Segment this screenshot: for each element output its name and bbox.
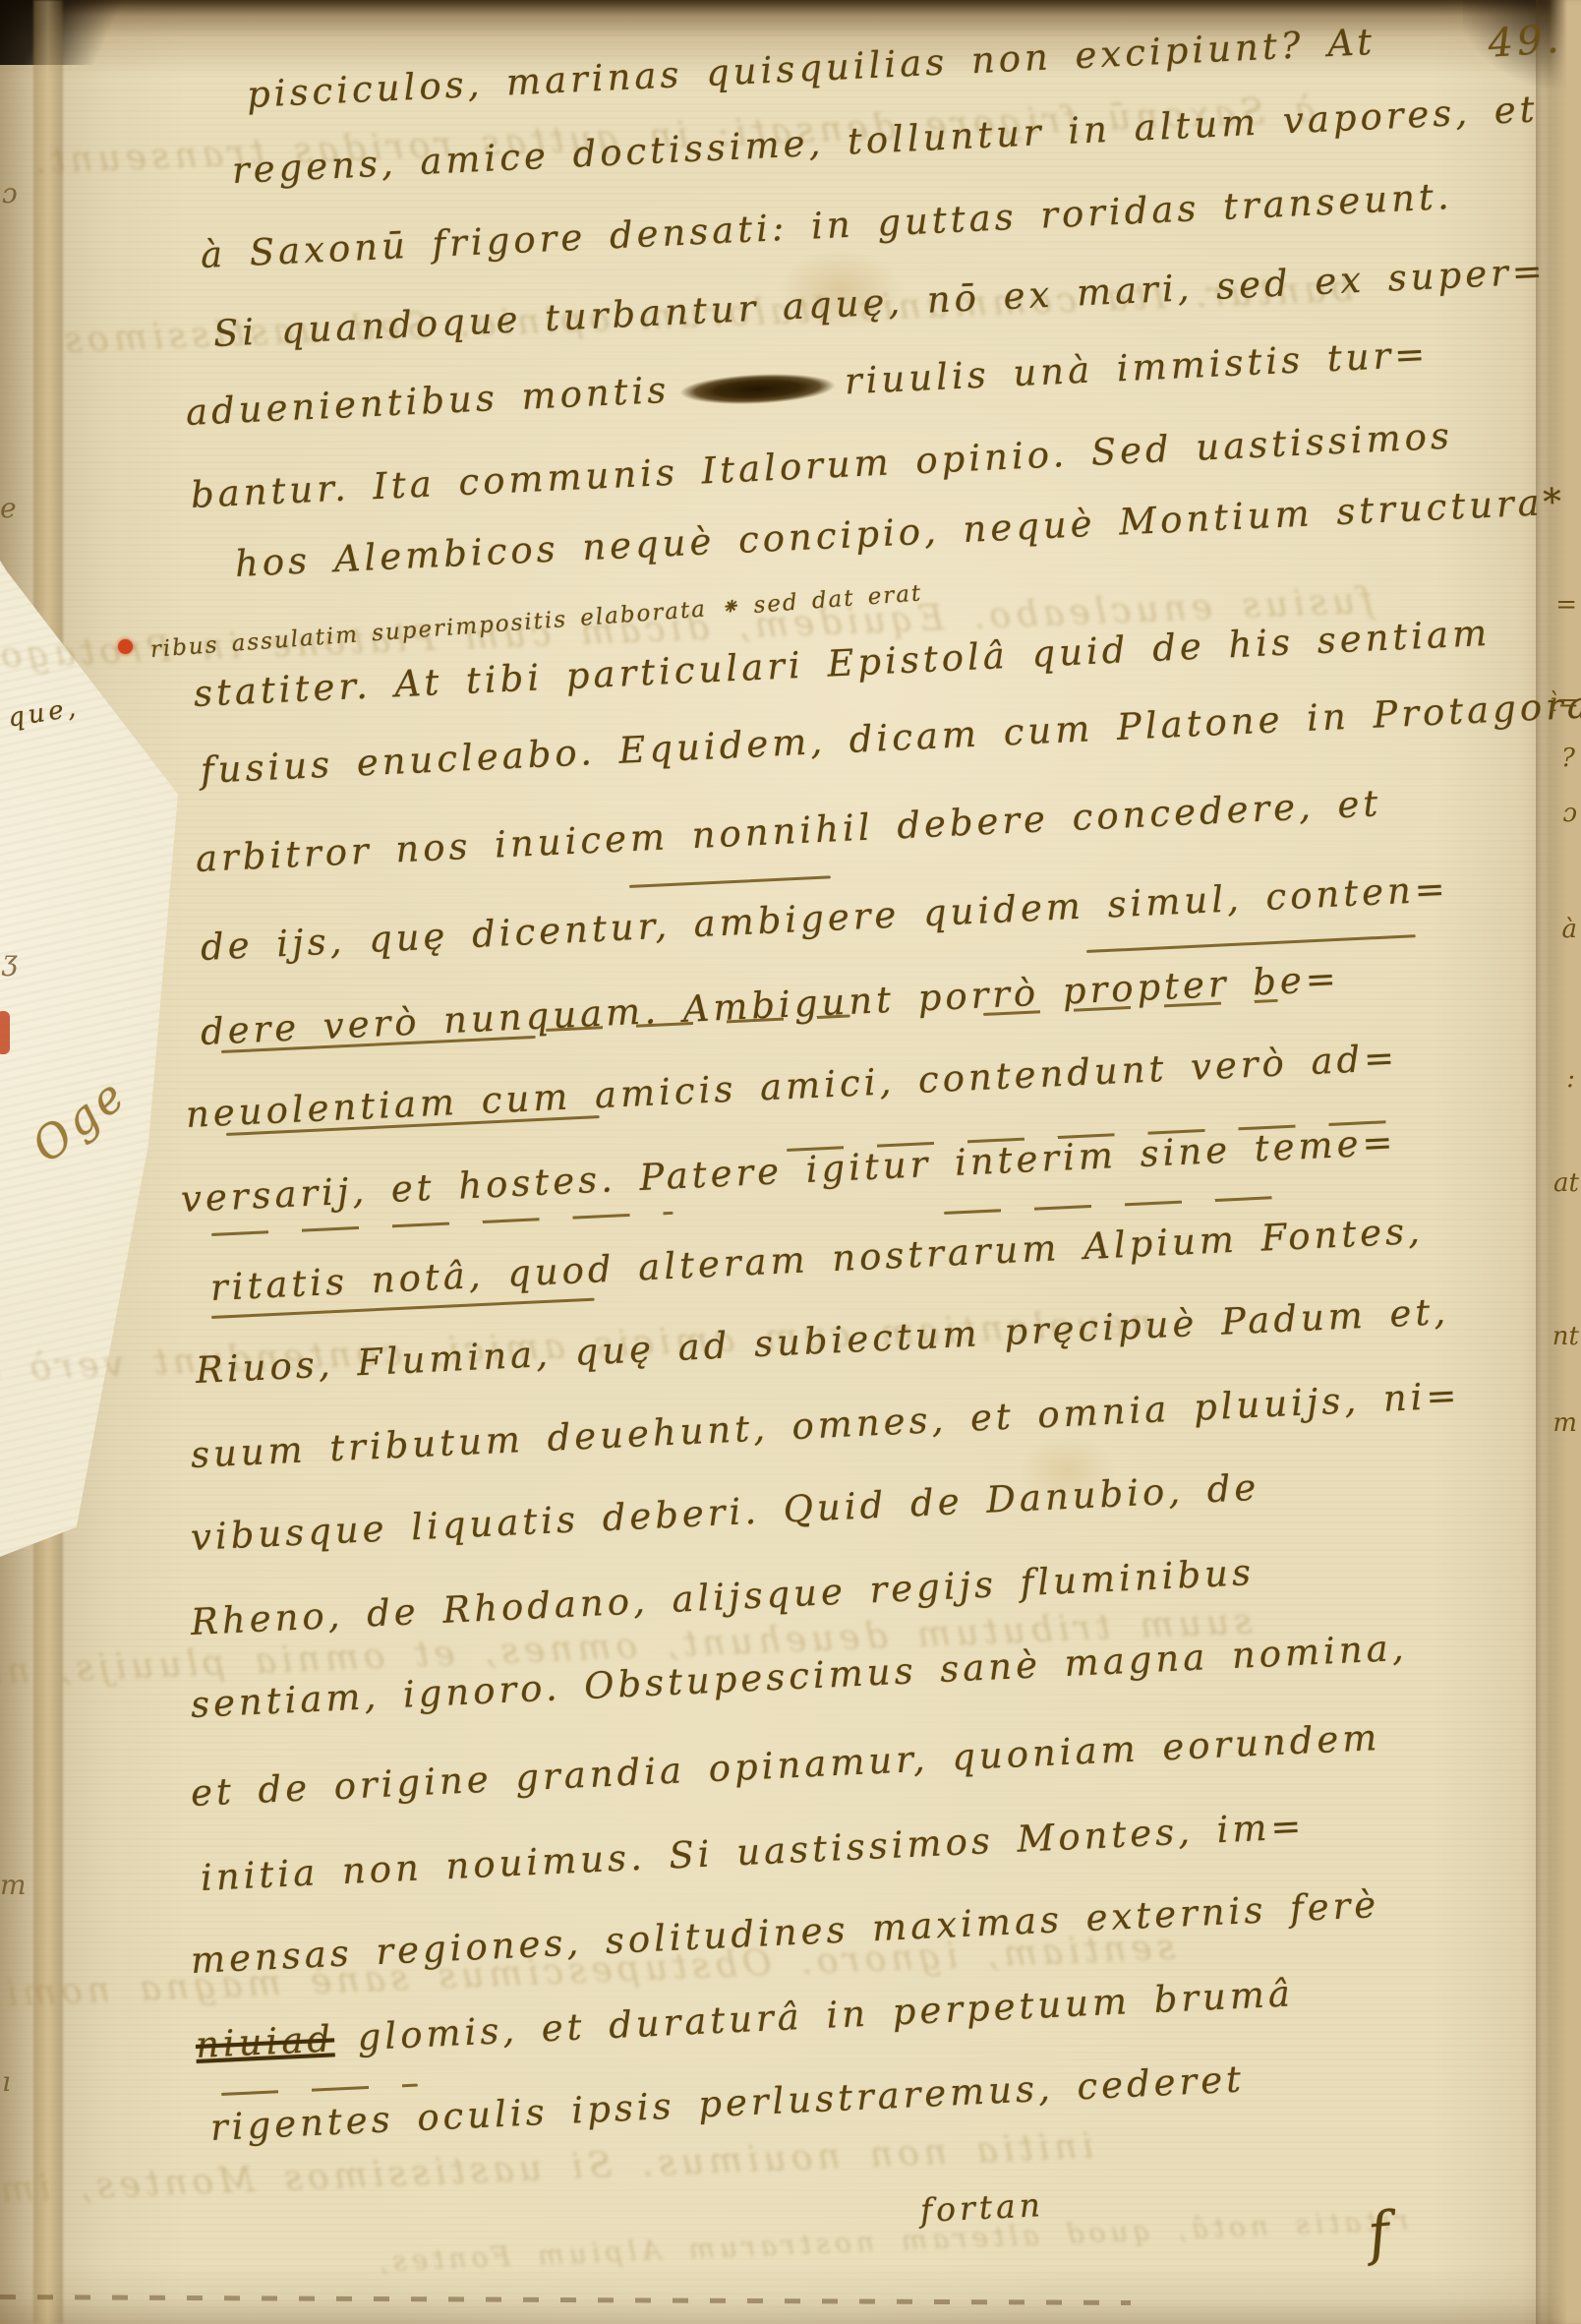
handwritten-line: arbitror nos inuicem nonnihil debere con… [195,782,1382,880]
manuscript-page: à Saxonū frigore densati: in guttas rori… [0,0,1581,2324]
bleed-through-text: ritatis notâ, quod alteram nostrarum Alp… [374,2204,1409,2278]
edge-fragment: : [1566,1064,1575,1094]
page-number: 49. [1487,17,1564,67]
handwritten-line: Riuos, Flumina, quę ad subiectum pręcipu… [195,1290,1450,1392]
handwritten-line: versarij, et hostes. Patere igitur inter… [180,1121,1397,1221]
catchword: fortan [919,2185,1045,2230]
ink-dash [629,875,831,888]
edge-fragment: ì= [1550,688,1579,718]
edge-fragment: ʒ [2,944,18,977]
handwritten-line: neuolentiam cum amicis amici, contendunt… [185,1037,1399,1136]
handwritten-line: et de origine grandia opinamur, quoniam … [190,1716,1381,1815]
handwritten-line: vibusque liquatis deberi. Quid de Danubi… [190,1466,1260,1559]
ink-dash [1086,934,1416,953]
struck-word: niuiad [195,2017,335,2066]
top-left-stain [0,0,147,65]
edge-fragment: at [1553,1168,1579,1198]
ink-dash [944,1196,1278,1215]
handwritten-line: initia non nouimus. Si uastissimos Monte… [200,1805,1306,1899]
torn-right-edge [1536,0,1581,2324]
edge-fragment: nt [1552,1322,1579,1351]
edge-fragment: ı [2,2065,11,2098]
edge-fragment: à [1561,915,1577,944]
edge-fragment: = [1555,590,1577,620]
red-mark [118,639,133,654]
edge-fragment: m [0,1869,27,1901]
bottom-edge [0,2294,1131,2305]
line-segment: aduenientibus montis [185,369,671,434]
line-segment: riuulis unà immistis tur= [844,332,1430,402]
ink-blot [679,370,836,406]
handwritten-line: de ijs, quę dicentur, ambigere quidem si… [200,867,1450,969]
edge-fragment: ? [1561,744,1575,773]
ink-dash [221,2084,418,2096]
handwritten-line: suum tributum deuehunt, omnes, et omnia … [190,1374,1461,1476]
edge-fragment: ɔ [2,177,18,209]
handwritten-line: à Saxonū frigore densati: in guttas rori… [200,175,1453,276]
edge-fragment: ɔ [1562,799,1577,828]
edge-fragment: m [1552,1408,1577,1438]
red-mark [0,1011,10,1054]
edge-fragment: e [0,492,17,524]
